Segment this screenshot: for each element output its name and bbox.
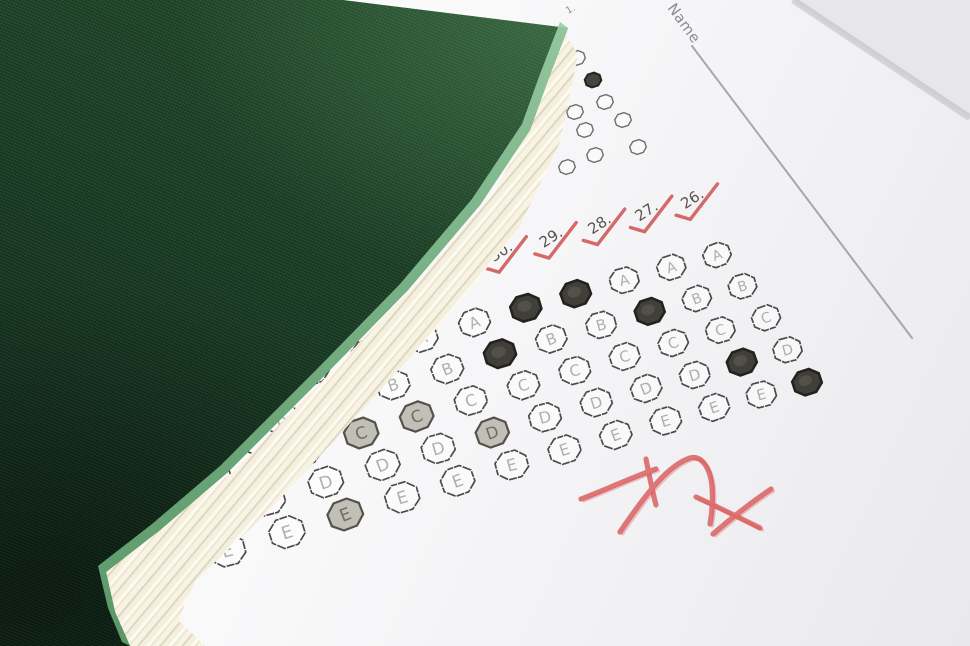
name-field-line [692,46,912,338]
bubble-C: C [706,317,736,343]
bubble-C: C [609,343,640,371]
bubble-D: D [421,433,455,463]
bubble-C: C [507,371,539,400]
bubble-C: C [752,305,781,331]
bubble-D: D [308,466,343,498]
bubble-E: E [650,407,682,435]
mini-bubble-filled [585,73,602,88]
bubble-B: B [728,274,757,299]
bubble-D: D [529,403,562,432]
question-number: 27. [632,197,662,225]
small-question-number: 1. [564,3,577,17]
bubble-A-filled [560,280,591,307]
mini-bubble [597,95,614,110]
question-number: 26. [677,185,707,213]
bubble-A: A [609,267,639,293]
bubble-D: D [580,388,612,417]
photo-of-graded-answer-sheet: Name 1.2. ABCD26.ABCE27.ACDE28.BCDE29.BC… [0,0,970,646]
question-number: 28. [585,210,615,238]
name-field-label: Name [664,1,703,47]
question-number: 29. [536,223,566,251]
bubble-A-filled [510,294,541,322]
bubble-E: E [269,516,305,549]
bubble-D-filled: D [476,418,509,448]
bubble-B-filled [484,339,516,368]
bubble-D: D [679,361,710,388]
bubble-E: E [600,421,632,450]
bubble-C: C [559,357,591,385]
bubble-E: E [385,482,420,513]
mini-bubble [567,105,584,120]
bubble-D: D [773,337,802,363]
bubble-D: D [631,374,662,402]
bubble-A: A [703,242,731,267]
bubble-D-filled [727,349,757,376]
bubble-E: E [746,381,776,408]
bubble-B: B [536,325,567,353]
bubble-B-filled [635,298,665,325]
bubble-B: B [682,285,711,311]
bubble-D: D [365,449,400,480]
bubble-E: E [441,466,475,497]
bubble-E: E [699,394,730,422]
bubble-E-filled: E [327,499,363,531]
bubble-E: E [548,435,581,464]
mini-bubble [615,113,632,128]
bubble-E-filled [792,369,822,395]
grade-a-plus-mark [581,458,774,536]
mini-bubble [630,140,647,155]
bubble-E: E [495,450,529,480]
bubble-A: A [459,308,491,337]
mini-bubble [559,160,576,175]
bubble-C-filled: C [400,401,434,431]
bubble-C: C [454,386,487,415]
bubble-C: C [658,329,688,356]
bubble-B: B [431,354,464,383]
mini-bubble [587,148,604,163]
bubble-A: A [657,254,686,280]
bubble-B: B [586,311,617,338]
mini-bubble [577,123,594,138]
